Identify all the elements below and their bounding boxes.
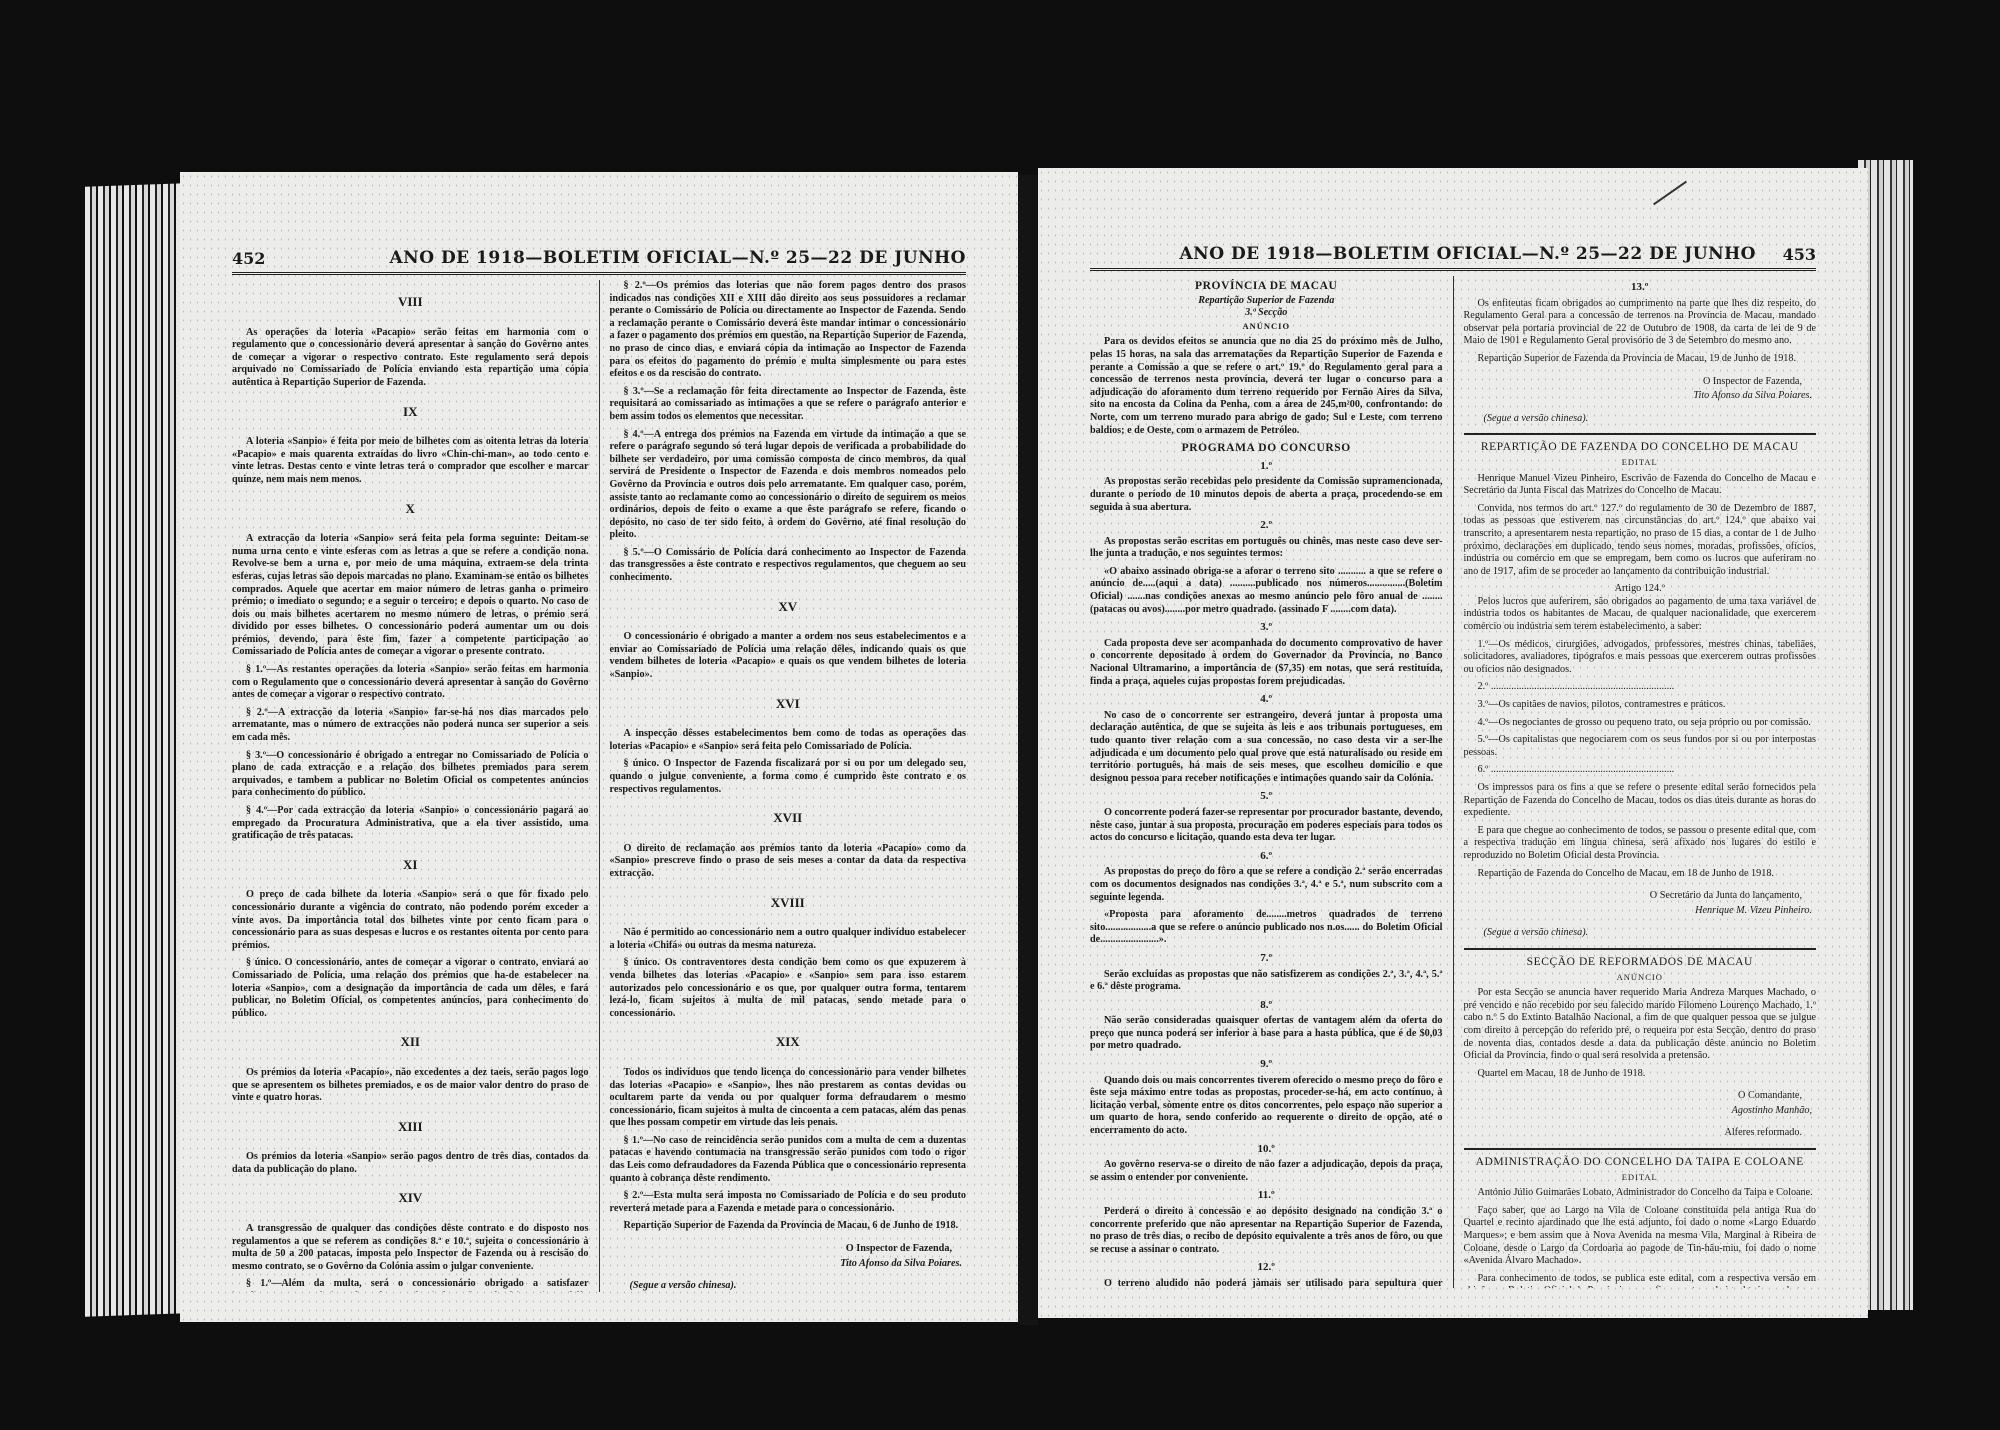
condition-number: 2.º <box>1090 519 1443 532</box>
running-head-title: ANO DE 1918—BOLETIM OFICIAL—N.º 25—22 DE… <box>1090 244 1816 264</box>
paragraph: As propostas serão recebidas pelo presid… <box>1090 476 1443 514</box>
paragraph: 4.º—Os negociantes de grosso ou pequeno … <box>1464 717 1817 730</box>
notice-subheading: EDITAL <box>1464 1171 1817 1184</box>
paragraph: 2.º ....................................… <box>1464 681 1817 694</box>
paragraph: Não serão consideradas quaisquer ofertas… <box>1090 1015 1443 1053</box>
section-heading: VIII <box>232 296 589 309</box>
signature-title: O Inspector de Fazenda, <box>610 1243 967 1256</box>
paragraph: O direito de reclamação aos prémios tant… <box>610 843 967 881</box>
paragraph: 3.º—Os capitães de navios, pilotos, cont… <box>1464 699 1817 712</box>
paragraph: Ao govêrno reserva-se o direito de não f… <box>1090 1159 1443 1184</box>
paragraph: Não é permitido ao concessionário nem a … <box>610 927 967 952</box>
notice-subtitle: 3.ª Secção <box>1090 307 1443 320</box>
right-page: ANO DE 1918—BOLETIM OFICIAL—N.º 25—22 DE… <box>1038 168 1868 1318</box>
paragraph: 5.º—Os capitalistas que negociarem com o… <box>1464 734 1817 759</box>
notice-subheading: ANÚNCIO <box>1464 971 1817 984</box>
condition-number: 12.º <box>1090 1261 1443 1274</box>
paragraph: «Proposta para aforamento de........metr… <box>1090 909 1443 947</box>
chinese-version-note: (Segue a versão chinesa). <box>630 1280 967 1292</box>
notice-heading: PROGRAMA DO CONCURSO <box>1090 442 1443 455</box>
paragraph: § 4.º—Por cada extracção da loteria «San… <box>232 805 589 843</box>
book-page-edges-left <box>85 183 185 1316</box>
section-heading: XIII <box>232 1121 589 1134</box>
condition-number: 10.º <box>1090 1143 1443 1156</box>
condition-number: 5.º <box>1090 790 1443 803</box>
paragraph: Repartição Superior de Fazenda da Provín… <box>610 1220 967 1233</box>
paragraph: 1.º—Os médicos, cirurgiões, advogados, p… <box>1464 639 1817 677</box>
column-2: § 2.º—Os prémios das loterias que não fo… <box>600 280 967 1292</box>
page-number: 453 <box>1783 245 1816 264</box>
section-divider <box>1464 948 1817 950</box>
paragraph: § 1.º—Além da multa, será o concessionár… <box>232 1278 589 1292</box>
section-heading: XV <box>610 601 967 614</box>
column-1: VIIIAs operações da loteria «Pacapio» se… <box>232 280 600 1292</box>
book-gutter <box>1018 175 1038 1325</box>
paragraph: As propostas do preço do fôro a que se r… <box>1090 866 1443 904</box>
paragraph: As operações da loteria «Pacapio» serão … <box>232 327 589 390</box>
condition-number: 6.º <box>1090 850 1443 863</box>
signature-title: O Inspector de Fazenda, <box>1464 376 1817 389</box>
chinese-version-note: (Segue a versão chinesa). <box>1484 927 1817 940</box>
paragraph: Quando dois ou mais concorrentes tiverem… <box>1090 1075 1443 1138</box>
running-head: ANO DE 1918—BOLETIM OFICIAL—N.º 25—22 DE… <box>1090 236 1816 271</box>
paragraph: E para que chegue ao conhecimento de tod… <box>1464 825 1817 863</box>
section-divider <box>1464 433 1817 435</box>
condition-number: 4.º <box>1090 693 1443 706</box>
section-divider <box>1464 1148 1817 1150</box>
page-number: 452 <box>232 249 265 268</box>
condition-number: 13.º <box>1464 281 1817 294</box>
paragraph: 6.º ....................................… <box>1464 764 1817 777</box>
signature-title: O Secretário da Junta do lançamento, <box>1464 890 1817 903</box>
notice-heading: SECÇÃO DE REFORMADOS DE MACAU <box>1464 956 1817 969</box>
paragraph: No caso de o concorrente ser estrangeiro… <box>1090 710 1443 786</box>
paragraph: § 3.º—O concessionário é obrigado a entr… <box>232 750 589 800</box>
notice-heading: REPARTIÇÃO DE FAZENDA DO CONCELHO DE MAC… <box>1464 441 1817 454</box>
section-heading: XVII <box>610 812 967 825</box>
paragraph: Convida, nos termos do art.º 127.º do re… <box>1464 503 1817 579</box>
condition-number: 9.º <box>1090 1058 1443 1071</box>
paragraph: Faço saber, que ao Largo na Vila de Colo… <box>1464 1205 1817 1268</box>
paragraph: § 5.º—O Comissário de Polícia dará conhe… <box>610 547 967 585</box>
paragraph: Por esta Secção se anuncia haver requeri… <box>1464 987 1817 1063</box>
running-head-title: ANO DE 1918—BOLETIM OFICIAL—N.º 25—22 DE… <box>265 248 966 268</box>
notice-subheading: EDITAL <box>1464 456 1817 469</box>
paragraph: Para conhecimento de todos, se publica e… <box>1464 1273 1817 1288</box>
paragraph: § 4.º—A entrega dos prémios na Fazenda e… <box>610 429 967 542</box>
section-heading: XI <box>232 859 589 872</box>
signature-title: Alferes reformado. <box>1464 1127 1817 1140</box>
paragraph: Os prémios da loteria «Pacapio», não exc… <box>232 1067 589 1105</box>
condition-number: 3.º <box>1090 621 1443 634</box>
paragraph: Henrique Manuel Vizeu Pinheiro, Escrivão… <box>1464 473 1817 498</box>
paragraph: Pelos lucros que auferirem, são obrigado… <box>1464 596 1817 634</box>
condition-number: 11.º <box>1090 1189 1443 1202</box>
paragraph: O concorrente poderá fazer-se representa… <box>1090 807 1443 845</box>
section-heading: X <box>232 503 589 516</box>
left-page: 452 ANO DE 1918—BOLETIM OFICIAL—N.º 25—2… <box>180 172 1018 1322</box>
section-heading: XVI <box>610 698 967 711</box>
section-heading: XVIII <box>610 897 967 910</box>
paragraph: «O abaixo assinado obriga-se a aforar o … <box>1090 566 1443 616</box>
paragraph: A inspecção dêsses estabelecimentos bem … <box>610 728 967 753</box>
paragraph: § 3.º—Se a reclamação fôr feita directam… <box>610 386 967 424</box>
paragraph: § 2.º—Esta multa será imposta no Comissa… <box>610 1190 967 1215</box>
paragraph: Perderá o direito à concessão e ao depós… <box>1090 1206 1443 1256</box>
paragraph: Os prémios da loteria «Sanpio» serão pag… <box>232 1151 589 1176</box>
paragraph: § 2.º—Os prémios das loterias que não fo… <box>610 280 967 381</box>
paragraph: § 1.º—As restantes operações da loteria … <box>232 664 589 702</box>
chinese-version-note: (Segue a versão chinesa). <box>1484 413 1817 426</box>
notice-subheading: ANÚNCIO <box>1090 320 1443 333</box>
signature-title: O Comandante, <box>1464 1090 1817 1103</box>
section-heading: XIV <box>232 1192 589 1205</box>
notice-subtitle: Repartição Superior de Fazenda <box>1090 295 1443 308</box>
paragraph: O terreno aludido não poderá jàmais ser … <box>1090 1278 1443 1288</box>
signature-name: Tito Afonso da Silva Poiares. <box>610 1258 967 1271</box>
signature-name: Agostinho Manhão, <box>1464 1105 1817 1118</box>
column-1: PROVÍNCIA DE MACAURepartição Superior de… <box>1090 276 1454 1288</box>
paragraph: Serão excluídas as propostas que não sat… <box>1090 969 1443 994</box>
signature-name: Tito Afonso da Silva Poiares. <box>1464 390 1817 403</box>
article-heading: Artigo 124.º <box>1464 583 1817 596</box>
paragraph: Repartição Superior de Fazenda da Provín… <box>1464 353 1817 366</box>
section-heading: IX <box>232 406 589 419</box>
paragraph: A transgressão de qualquer das condições… <box>232 1223 589 1273</box>
section-heading: XII <box>232 1036 589 1049</box>
running-head: 452 ANO DE 1918—BOLETIM OFICIAL—N.º 25—2… <box>232 240 966 275</box>
condition-number: 8.º <box>1090 999 1443 1012</box>
section-heading: XIX <box>610 1036 967 1049</box>
paragraph: As propostas serão escritas em português… <box>1090 536 1443 561</box>
paragraph: § único. Os contraventores desta condiçã… <box>610 957 967 1020</box>
notice-heading: PROVÍNCIA DE MACAU <box>1090 280 1443 293</box>
paragraph: O concessionário é obrigado a manter a o… <box>610 631 967 681</box>
paragraph: Os enfiteutas ficam obrigados ao cumprim… <box>1464 298 1817 348</box>
paragraph: Todos os indivíduos que tendo licença do… <box>610 1067 967 1130</box>
paragraph: António Júlio Guimarães Lobato, Administ… <box>1464 1187 1817 1200</box>
paragraph: A extracção da loteria «Sanpio» será fei… <box>232 533 589 659</box>
paragraph: § único. O Inspector de Fazenda fiscaliz… <box>610 758 967 796</box>
paragraph: § 2.º—A extracção da loteria «Sanpio» fa… <box>232 707 589 745</box>
notice-heading: ADMINISTRAÇÃO DO CONCELHO DA TAIPA E COL… <box>1464 1156 1817 1169</box>
signature-name: Henrique M. Vizeu Pinheiro. <box>1464 905 1817 918</box>
column-2: 13.ºOs enfiteutas ficam obrigados ao cum… <box>1454 276 1817 1288</box>
paragraph: Quartel em Macau, 18 de Junho de 1918. <box>1464 1068 1817 1081</box>
condition-number: 1.º <box>1090 460 1443 473</box>
condition-number: 7.º <box>1090 952 1443 965</box>
paragraph: Cada proposta deve ser acompanhada do do… <box>1090 638 1443 688</box>
paragraph: Os impressos para os fins a que se refer… <box>1464 782 1817 820</box>
paragraph: O preço de cada bilhete da loteria «Sanp… <box>232 889 589 952</box>
paragraph: § único. O concessionário, antes de come… <box>232 957 589 1020</box>
paragraph: § 1.º—No caso de reincidência serão puni… <box>610 1135 967 1185</box>
paragraph: A loteria «Sanpio» é feita por meio de b… <box>232 436 589 486</box>
paragraph: Repartição de Fazenda do Concelho de Mac… <box>1464 868 1817 881</box>
paragraph: Para os devidos efeitos se anuncia que n… <box>1090 336 1443 437</box>
